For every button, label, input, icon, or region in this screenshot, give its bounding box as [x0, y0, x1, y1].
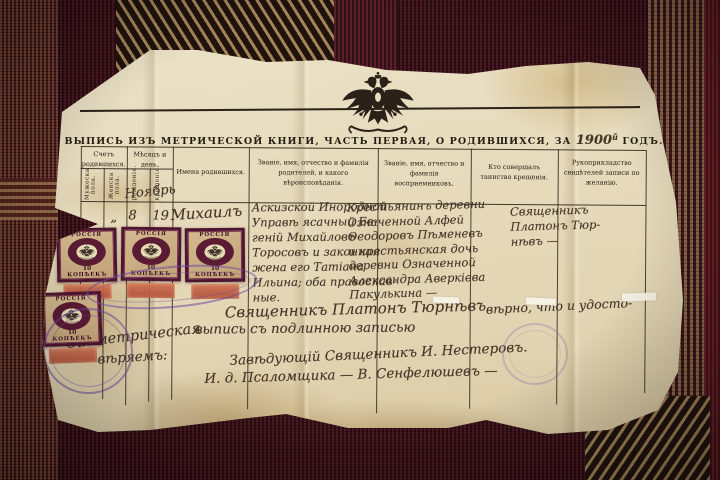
faint-round-inner — [509, 330, 561, 378]
stamp-currency: КОПѢЕКЪ — [67, 272, 107, 279]
fabric-left-stripe-band — [0, 178, 58, 220]
title-printed-suffix: ГОДЪ. — [622, 136, 663, 147]
photo-of-metric-book-extract: ВЫПИСЬ ИЗЪ МЕТРИЧЕСКОЙ КНИГИ, ЧАСТЬ ПЕРВ… — [0, 0, 720, 480]
entry-count-mark: „ — [110, 210, 117, 225]
entry-day-birth: 8 — [128, 208, 136, 223]
repair-tape — [526, 297, 556, 306]
cancellation-round-inner — [45, 310, 130, 392]
header-witnesses: Рукоприкладство свидѣтелей записи по жел… — [561, 157, 643, 188]
document-paper: ВЫПИСЬ ИЗЪ МЕТРИЧЕСКОЙ КНИГИ, ЧАСТЬ ПЕРВ… — [38, 42, 690, 442]
entry-officiant: Священникъ Платонъ Тюр- нѣвъ — — [510, 202, 611, 250]
entry-godparents: Крестьянинъ деревни Означенной Алфей Ѳео… — [347, 196, 505, 302]
header-count-female: Женска пола. — [109, 170, 121, 200]
stamp-eagle-icon — [205, 245, 225, 260]
table-line — [471, 149, 472, 204]
attestation-extract-line: выпись съ подлинною записью — [195, 319, 416, 337]
imperial-double-headed-eagle-icon — [334, 70, 422, 138]
stamp-eagle-disc — [68, 238, 106, 267]
entry-day-baptism: 19 — [152, 209, 169, 224]
header-count-male: Мужеска пола. — [85, 170, 97, 200]
table-line — [249, 147, 250, 202]
title-year-handwritten: 1900 — [576, 133, 612, 148]
header-names: Имена родившихся. — [175, 167, 247, 178]
table-line — [558, 149, 559, 204]
stamp-eagle-disc — [132, 237, 170, 266]
table-line — [378, 148, 379, 203]
fabric-left-band — [0, 0, 58, 480]
stamp-eagle-icon — [77, 245, 97, 260]
repair-tape — [433, 297, 459, 304]
revenue-stamp-face: РОССІЯ 10 КОПѢЕКЪ — [56, 227, 117, 282]
title-year-suffix: й — [612, 132, 618, 142]
stamp-eagle-disc — [196, 238, 234, 267]
table-line — [646, 150, 647, 205]
table-line — [104, 168, 105, 201]
header-count-group: Счетъ родившихся. — [81, 149, 127, 169]
hw-line: нѣвъ — — [511, 232, 611, 250]
entry-name: Михаилъ — [170, 202, 243, 224]
stamp-eagle-icon — [141, 244, 161, 259]
attestation-verno-line: вѣрно, что и удосто- — [486, 295, 633, 317]
header-godparents: Званіе, имя, отчество и фамилія восприем… — [381, 158, 468, 189]
header-officiant: Кто совершалъ таинство крещенія. — [475, 162, 554, 183]
header-parents: Званіе, имя, отчество и фамилія родителе… — [253, 157, 374, 188]
repair-tape — [622, 292, 656, 301]
hw-line: Платонъ Тюр- — [510, 217, 610, 235]
faint-round-stamp — [502, 323, 568, 385]
